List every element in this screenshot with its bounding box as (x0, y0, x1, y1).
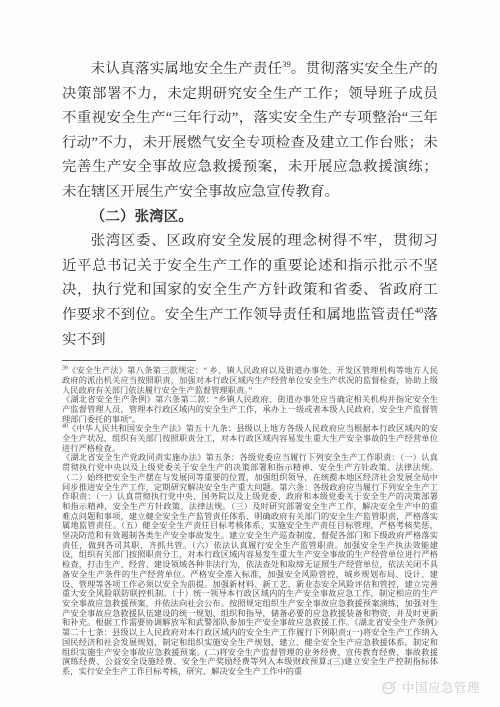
footnote-40-text-1: 《中华人民共和国安全生产法》第五十九条：县级以上地方各级人民政府应当根据本行政区… (62, 424, 438, 452)
footnote-40: 40《中华人民共和国安全生产法》第五十九条：县级以上地方各级人民政府应当根据本行… (62, 424, 438, 676)
paragraph-1-continued: 。贯彻落实安全生产的决策部署不力，未定期研究安全生产工作；领导班子成员不重视安全… (62, 61, 438, 200)
footnote-ref-39: 39 (282, 59, 291, 69)
emergency-management-logo-icon (380, 680, 397, 695)
section-heading: （二）张湾区。 (62, 205, 438, 230)
footnote-39: 39《安全生产法》第八条第三款规定：“ 乡、镇人民政府以及街道办事处、开发区管理… (62, 366, 438, 424)
main-text: 未认真落实属地安全生产责任39。贯彻落实安全生产的决策部署不力，未定期研究安全生… (62, 57, 438, 352)
watermark: 中国应急管理 (380, 678, 480, 696)
footnote-paragraph: 40《中华人民共和国安全生产法》第五十九条：县级以上地方各级人民政府应当根据本行… (62, 424, 438, 453)
footnote-paragraph: 39《安全生产法》第八条第三款规定：“ 乡、镇人民政府以及街道办事处、开发区管理… (62, 366, 438, 395)
footnote-separator (62, 360, 196, 361)
paragraph-2-text: 张湾区委、区政府安全发展的理念树得不牢，贯彻习近平总书记关于安全生产工作的重要论… (62, 233, 438, 323)
footnotes-section: 39《安全生产法》第八条第三款规定：“ 乡、镇人民政府以及街道办事处、开发区管理… (62, 366, 438, 677)
paragraph-2: 张湾区委、区政府安全发展的理念树得不牢，贯彻习近平总书记关于安全生产工作的重要论… (62, 229, 438, 352)
footnote-40-text-2: 《湖北省安全生产党政同责实施办法》第五条：各级党委应当履行下列安全生产工作职责：… (62, 453, 438, 675)
paragraph-1-text: 未认真落实属地安全生产责任 (91, 61, 282, 77)
footnote-39-text-1: 《安全生产法》第八条第三款规定：“ 乡、镇人民政府以及街道办事处、开发区管理机构… (62, 366, 438, 394)
paragraph-1: 未认真落实属地安全生产责任39。贯彻落实安全生产的决策部署不力，未定期研究安全生… (62, 57, 438, 205)
footnote-39-text-2: 《湖北省安全生产条例》第六条第二款：“乡镇人民政府、街道办事处应当确定相关机构并… (62, 395, 438, 423)
footnote-paragraph: 《湖北省安全生产党政同责实施办法》第五条：各级党委应当履行下列安全生产工作职责：… (62, 453, 438, 676)
document-page: 未认真落实属地安全生产责任39。贯彻落实安全生产的决策部署不力，未定期研究安全生… (0, 0, 500, 707)
footnote-paragraph: 《湖北省安全生产条例》第六条第二款：“乡镇人民政府、街道办事处应当确定相关机构并… (62, 395, 438, 424)
watermark-text: 中国应急管理 (402, 678, 480, 696)
